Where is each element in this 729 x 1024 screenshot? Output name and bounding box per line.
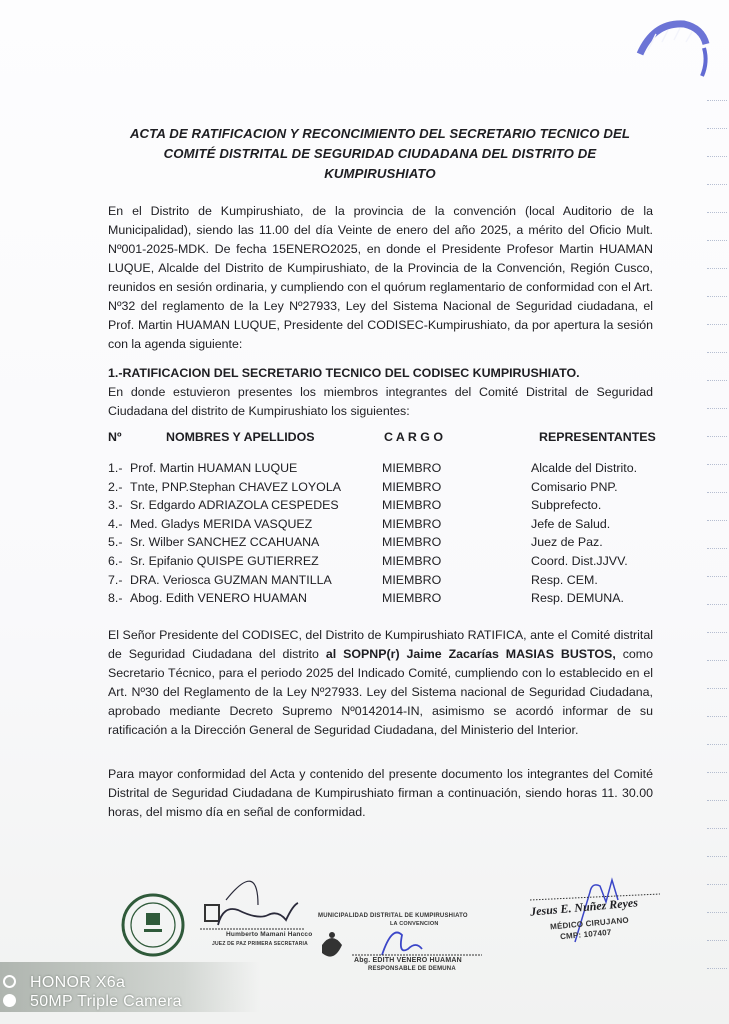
ratified-person: al SOPNP(r) Jaime Zacarías MASIAS BUSTOS… [326, 647, 616, 661]
margin-line [707, 744, 727, 746]
member-cargo: MIEMBRO [382, 591, 441, 605]
table-row: 3.-Sr. Edgardo ADRIAZOLA CESPEDESMIEMBRO… [108, 498, 653, 516]
member-cargo: MIEMBRO [382, 498, 441, 512]
margin-line [707, 548, 727, 550]
member-cargo: MIEMBRO [382, 554, 441, 568]
member-representation: Resp. CEM. [531, 573, 598, 587]
signer-role: JUEZ DE PAZ PRIMERA SECRETARIA [212, 941, 308, 947]
member-cargo: MIEMBRO [382, 517, 441, 531]
signer-name: Humberto Mamani Hancco [226, 931, 312, 938]
table-row: 1.-Prof. Martin HUAMAN LUQUEMIEMBROAlcal… [108, 461, 653, 479]
margin-line [707, 688, 727, 690]
notebook-margin-lines [703, 100, 729, 1000]
member-name: Med. Gladys MERIDA VASQUEZ [130, 517, 312, 531]
margin-line [707, 632, 727, 634]
row-number: 7.- [108, 573, 122, 587]
signer-name: Abg. EDITH VENERO HUAMAN [354, 957, 462, 964]
ratification-paragraph: El Señor Presidente del CODISEC, del Dis… [108, 626, 653, 740]
member-cargo: MIEMBRO [382, 480, 441, 494]
member-representation: Subprefecto. [531, 498, 601, 512]
intro-paragraph: En el Distrito de Kumpirushiato, de la p… [108, 202, 653, 354]
member-representation: Juez de Paz. [531, 535, 603, 549]
camera-dot-icon [3, 994, 16, 1007]
closing-paragraph: Para mayor conformidad del Acta y conten… [108, 765, 653, 822]
margin-line [707, 828, 727, 830]
row-number: 1.- [108, 461, 122, 475]
municipal-seal-icon [312, 905, 492, 975]
member-name: Abog. Edith VENERO HUAMAN [130, 591, 307, 605]
margin-line [707, 576, 727, 578]
header-num: Nº [108, 430, 121, 450]
watermark-camera: 50MP Triple Camera [30, 993, 182, 1011]
title-line-2: COMITÉ DISTRITAL DE SEGURIDAD CIUDADANA … [100, 144, 660, 164]
member-cargo: MIEMBRO [382, 461, 441, 475]
margin-line [707, 212, 727, 214]
member-cargo: MIEMBRO [382, 573, 441, 587]
document-page: ACTA DE RATIFICACION Y RECONCIMIENTO DEL… [0, 0, 729, 1024]
member-name: DRA. Veriosca GUZMAN MANTILLA [130, 573, 332, 587]
header-representantes: REPRESENTANTES [539, 430, 656, 450]
table-row: 2.-Tnte, PNP.Stephan CHAVEZ LOYOLAMIEMBR… [108, 480, 653, 498]
row-number: 8.- [108, 591, 122, 605]
section-heading: 1.-RATIFICACION DEL SECRETARIO TECNICO D… [108, 364, 653, 383]
member-representation: Jefe de Salud. [531, 517, 610, 531]
margin-line [707, 940, 727, 942]
margin-line [707, 408, 727, 410]
header-cargo: C A R G O [384, 430, 443, 450]
member-name: Sr. Edgardo ADRIAZOLA CESPEDES [130, 498, 339, 512]
row-number: 6.- [108, 554, 122, 568]
margin-line [707, 156, 727, 158]
table-row: 8.-Abog. Edith VENERO HUAMANMIEMBROResp.… [108, 591, 653, 609]
member-name: Sr. Wilber SANCHEZ CCAHUANA [130, 535, 319, 549]
margin-line [707, 604, 727, 606]
member-representation: Alcalde del Distrito. [531, 461, 637, 475]
margin-line [707, 520, 727, 522]
margin-line [707, 436, 727, 438]
margin-line [707, 968, 727, 970]
member-representation: Comisario PNP. [531, 480, 618, 494]
row-number: 5.- [108, 535, 122, 549]
document-title: ACTA DE RATIFICACION Y RECONCIMIENTO DEL… [100, 124, 660, 184]
signer-role: RESPONSABLE DE DEMUNA [368, 966, 456, 972]
margin-line [707, 100, 727, 102]
title-line-1: ACTA DE RATIFICACION Y RECONCIMIENTO DEL… [100, 124, 660, 144]
table-row: 4.-Med. Gladys MERIDA VASQUEZMIEMBROJefe… [108, 517, 653, 535]
signature-demuna: MUNICIPALIDAD DISTRITAL DE KUMPIRUSHIATO… [312, 905, 492, 975]
member-representation: Coord. Dist.JJVV. [531, 554, 628, 568]
signature-juez-de-paz: Humberto Mamani Hancco JUEZ DE PAZ PRIME… [108, 865, 308, 965]
row-number: 3.- [108, 498, 122, 512]
margin-line [707, 352, 727, 354]
member-cargo: MIEMBRO [382, 535, 441, 549]
table-row: 5.-Sr. Wilber SANCHEZ CCAHUANAMIEMBROJue… [108, 535, 653, 553]
row-number: 4.- [108, 517, 122, 531]
margin-line [707, 660, 727, 662]
margin-line [707, 912, 727, 914]
blue-ink-stamp-partial [632, 14, 712, 78]
signature-medico: Jesus E. Nuñez Reyes MÉDICO CIRUJANO CMP… [520, 872, 670, 952]
camera-ring-icon [3, 975, 16, 988]
watermark-model: HONOR X6a [30, 974, 125, 992]
margin-line [707, 324, 727, 326]
margin-line [707, 800, 727, 802]
margin-line [707, 464, 727, 466]
margin-line [707, 884, 727, 886]
header-name: NOMBRES Y APELLIDOS [166, 430, 314, 450]
margin-line [707, 128, 727, 130]
margin-line [707, 716, 727, 718]
member-name: Prof. Martin HUAMAN LUQUE [130, 461, 297, 475]
members-intro-paragraph: En donde estuvieron presentes los miembr… [108, 383, 653, 421]
margin-line [707, 240, 727, 242]
margin-line [707, 268, 727, 270]
margin-line [707, 772, 727, 774]
table-row: 6.-Sr. Epifanio QUISPE GUTIERREZMIEMBROC… [108, 554, 653, 572]
margin-line [707, 184, 727, 186]
member-name: Sr. Epifanio QUISPE GUTIERREZ [130, 554, 319, 568]
juzgado-stamp-icon [108, 865, 308, 965]
margin-line [707, 296, 727, 298]
margin-line [707, 492, 727, 494]
member-representation: Resp. DEMUNA. [531, 591, 624, 605]
margin-line [707, 380, 727, 382]
member-name: Tnte, PNP.Stephan CHAVEZ LOYOLA [130, 480, 341, 494]
row-number: 2.- [108, 480, 122, 494]
margin-line [707, 856, 727, 858]
table-row: 7.-DRA. Veriosca GUZMAN MANTILLAMIEMBROR… [108, 573, 653, 591]
title-line-3: KUMPIRUSHIATO [100, 164, 660, 184]
